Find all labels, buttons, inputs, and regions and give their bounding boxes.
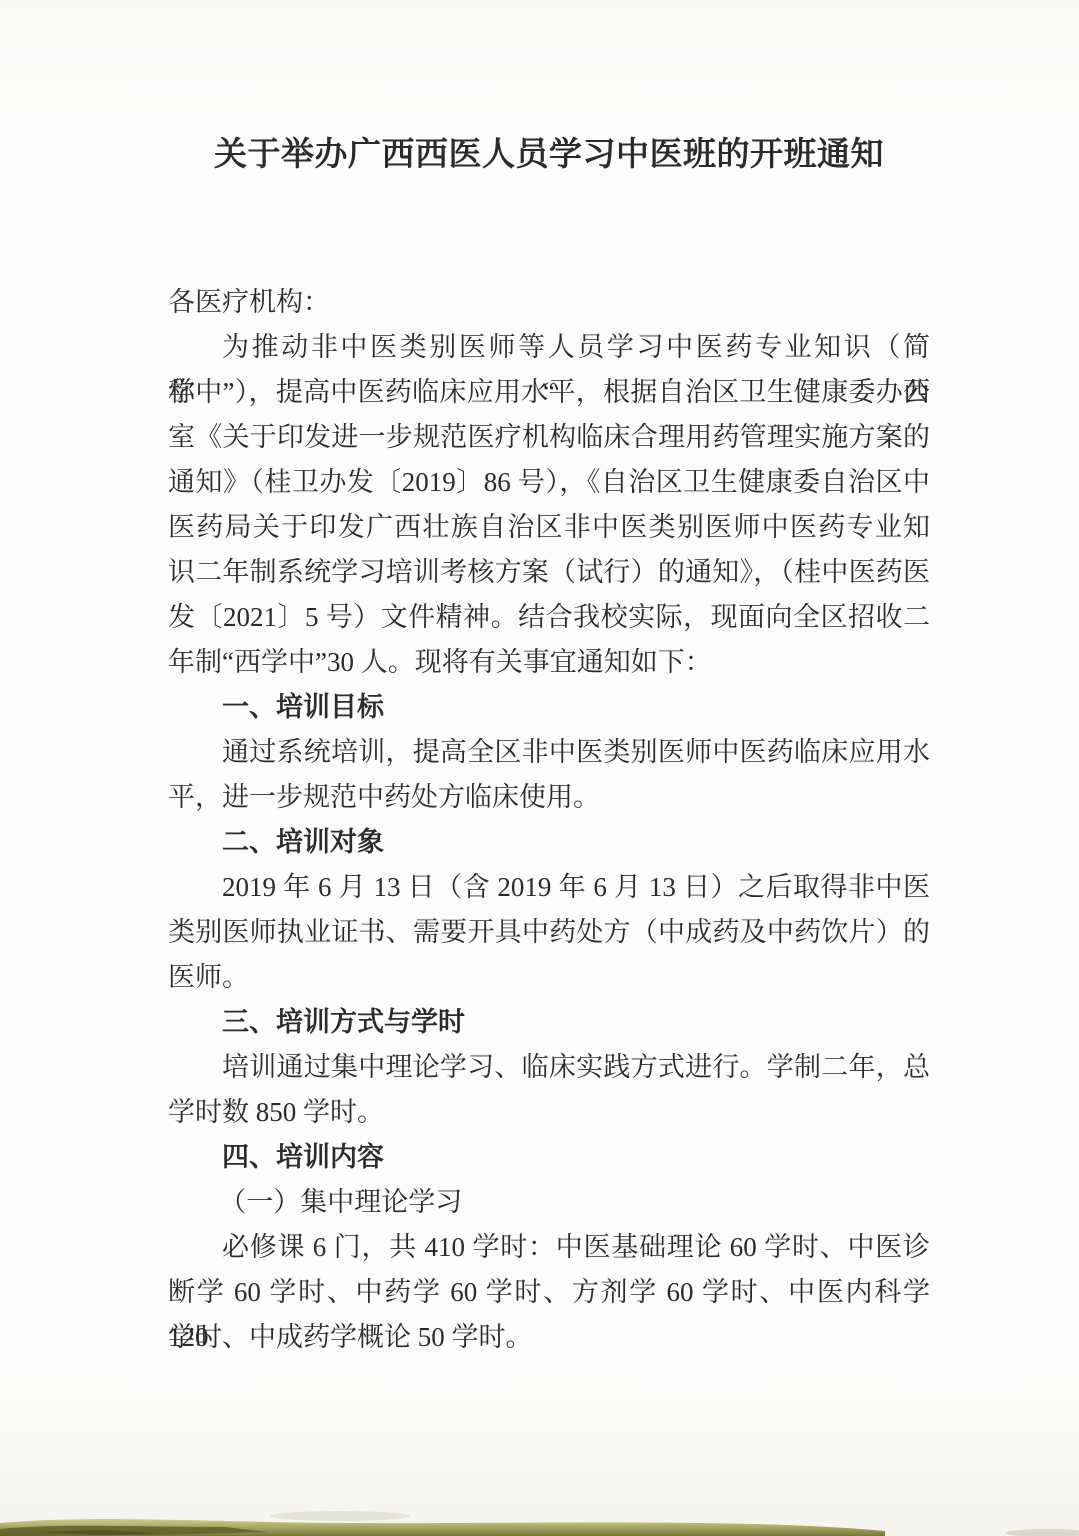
paragraph-line: 室《关于印发进一步规范医疗机构临床合理用药管理实施方案的 (168, 415, 930, 460)
salutation-line: 各医疗机构： (168, 280, 930, 325)
paragraph-line: 类别医师执业证书、需要开具中药处方（中成药及中药饮片）的 (168, 910, 930, 955)
paragraph-line: 发〔2021〕5 号）文件精神。结合我校实际，现面向全区招收二 (168, 595, 930, 640)
document-title: 关于举办广西西医人员学习中医班的开班通知 (168, 0, 930, 178)
paragraph-line: 学时数 850 学时。 (168, 1090, 930, 1135)
paragraph-line: 通过系统培训，提高全区非中医类别医师中医药临床应用水 (168, 730, 930, 775)
section-heading-2: 二、培训对象 (168, 820, 930, 865)
paragraph-line: 识二年制系统学习培训考核方案（试行）的通知》，（桂中医药医 (168, 550, 930, 595)
section-heading-3: 三、培训方式与学时 (168, 1000, 930, 1045)
paragraph-line: 学中”），提高中医药临床应用水平，根据自治区卫生健康委办公 (168, 370, 930, 415)
desk-edge-photo-artifact (0, 1510, 1079, 1536)
section-heading-4: 四、培训内容 (168, 1135, 930, 1180)
paragraph-line: 断学 60 学时、中药学 60 学时、方剂学 60 学时、中医内科学 120 (168, 1270, 930, 1315)
paragraph-line: 2019 年 6 月 13 日（含 2019 年 6 月 13 日）之后取得非中… (168, 865, 930, 910)
paragraph-line: 通知》（桂卫办发〔2019〕86 号），《自治区卫生健康委自治区中 (168, 460, 930, 505)
paragraph-line: 为推动非中医类别医师等人员学习中医药专业知识（简称“西 (168, 325, 930, 370)
section-heading-1: 一、培训目标 (168, 685, 930, 730)
paragraph-line: 学时、中成药学概论 50 学时。 (168, 1315, 930, 1360)
scanned-document-photo: 关于举办广西西医人员学习中医班的开班通知 各医疗机构： 为推动非中医类别医师等人… (0, 0, 1079, 1536)
paragraph-line: 必修课 6 门，共 410 学时：中医基础理论 60 学时、中医诊 (168, 1225, 930, 1270)
paragraph-line: 医药局关于印发广西壮族自治区非中医类别医师中医药专业知 (168, 505, 930, 550)
paragraph-line: 医师。 (168, 955, 930, 1000)
paragraph-line: 年制“西学中”30 人。现将有关事宜通知如下： (168, 640, 930, 685)
paragraph-line: 平，进一步规范中药处方临床使用。 (168, 775, 930, 820)
document-body: 各医疗机构： 为推动非中医类别医师等人员学习中医药专业知识（简称“西 学中”），… (168, 280, 930, 1360)
paragraph-line: 培训通过集中理论学习、临床实践方式进行。学制二年，总 (168, 1045, 930, 1090)
subsection-heading: （一）集中理论学习 (168, 1180, 930, 1225)
document-text-column: 关于举办广西西医人员学习中医班的开班通知 各医疗机构： 为推动非中医类别医师等人… (168, 0, 930, 1360)
